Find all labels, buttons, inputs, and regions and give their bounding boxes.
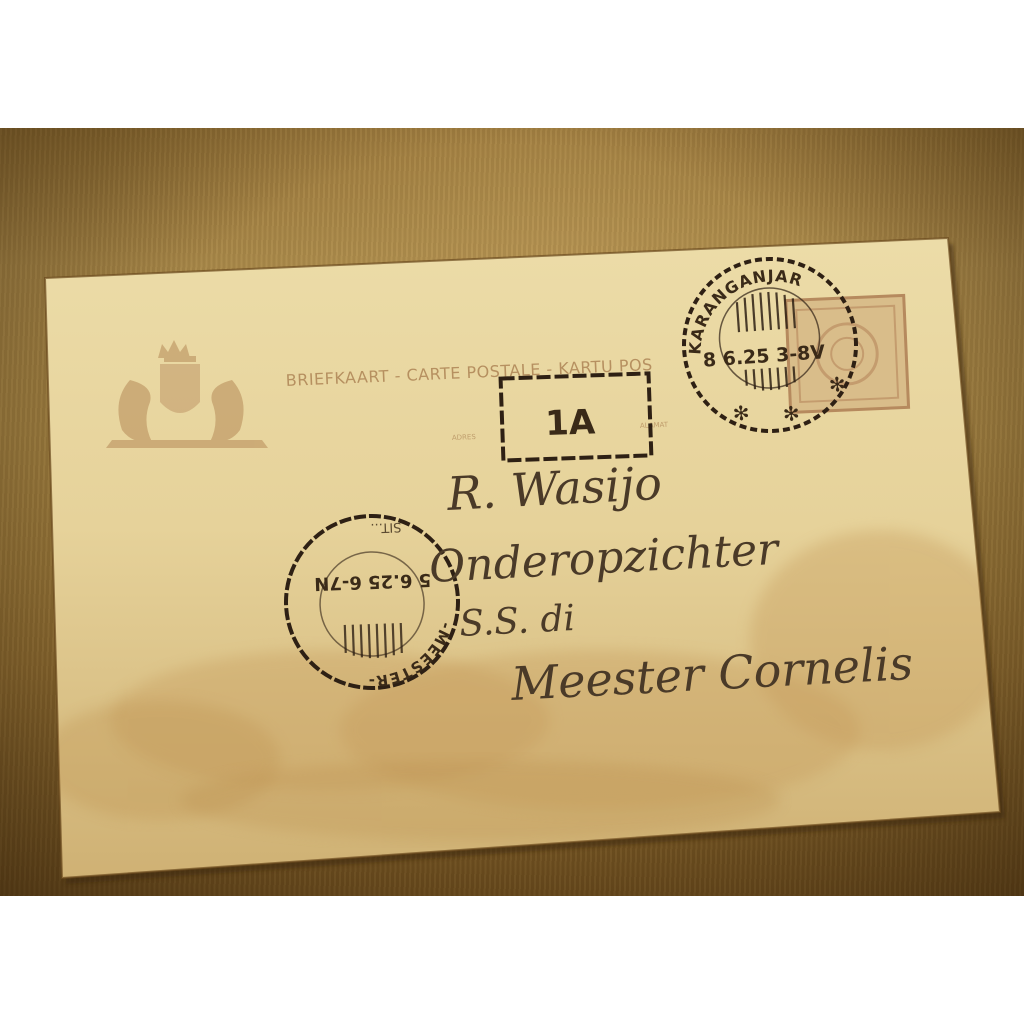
postcard-scene: BRIEFKAART - CARTE POSTALE - KARTU POS A… xyxy=(0,0,1024,1024)
address-line-1: R. Wasijo xyxy=(445,456,663,521)
postcard: BRIEFKAART - CARTE POSTALE - KARTU POS A… xyxy=(40,238,1010,878)
postmark-transit-top: SIT... xyxy=(370,519,401,535)
address-label-right: ALAMAT xyxy=(640,421,669,430)
address-label-left: ADRES xyxy=(452,433,477,442)
star-icon: ✻ xyxy=(782,401,800,426)
address-line-3: S.S. di xyxy=(458,598,576,645)
registration-label: 1A xyxy=(544,402,596,444)
postmark-transit-date: 5 6.25 6-7N xyxy=(314,569,432,594)
star-icon: ✻ xyxy=(732,401,750,426)
star-icon: ✻ xyxy=(828,372,846,397)
